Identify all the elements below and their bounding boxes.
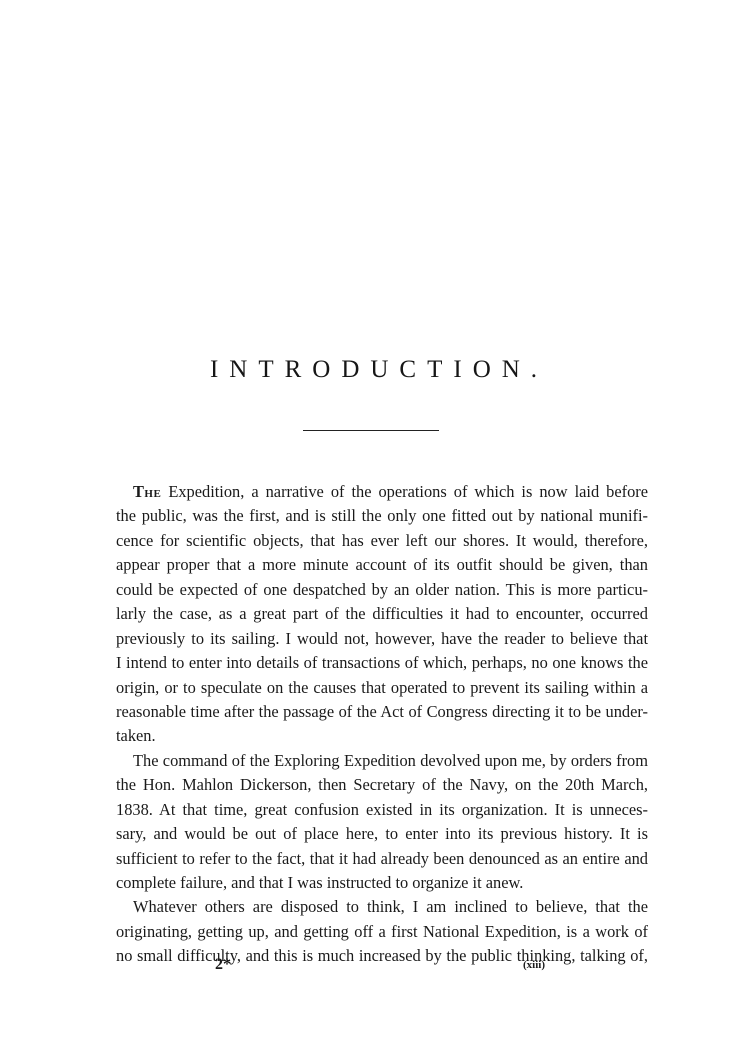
text-line: I intend to enter into details of transa…	[116, 651, 648, 675]
text-line: the Hon. Mahlon Dickerson, then Secretar…	[116, 773, 648, 797]
text-line: complete failure, and that I was instruc…	[116, 871, 648, 895]
text-line: no small difficulty, and this is much in…	[116, 944, 648, 968]
text-line: could be expected of one despatched by a…	[116, 578, 648, 602]
heading-rule-divider	[303, 430, 439, 431]
text-line: larly the case, as a great part of the d…	[116, 602, 648, 626]
signature-mark: 2*	[215, 956, 231, 974]
text-line: The Expedition, a narrative of the opera…	[116, 480, 648, 504]
paragraph-2: The command of the Exploring Expedition …	[116, 749, 648, 896]
text-line: origin, or to speculate on the causes th…	[116, 676, 648, 700]
text-line: appear proper that a more minute account…	[116, 553, 648, 577]
text-line: 1838. At that time, great confusion exis…	[116, 798, 648, 822]
text-line: sary, and would be out of place here, to…	[116, 822, 648, 846]
text-line: sufficient to refer to the fact, that it…	[116, 847, 648, 871]
text-line: reasonable time after the passage of the…	[116, 700, 648, 724]
text-line: originating, getting up, and getting off…	[116, 920, 648, 944]
lead-word-small-caps: The	[133, 482, 161, 501]
body-text: The Expedition, a narrative of the opera…	[116, 480, 648, 969]
page-number: (xiii)	[523, 959, 545, 971]
text-line: the public, was the first, and is still …	[116, 504, 648, 528]
text-line: previously to its sailing. I would not, …	[116, 627, 648, 651]
text-line: cence for scientific objects, that has e…	[116, 529, 648, 553]
paragraph-1: The Expedition, a narrative of the opera…	[116, 480, 648, 749]
page-heading: INTRODUCTION.	[0, 356, 750, 384]
text-line: Whatever others are disposed to think, I…	[116, 895, 648, 919]
text-line: taken.	[116, 724, 648, 748]
text-line: The command of the Exploring Expedition …	[116, 749, 648, 773]
paragraph-3: Whatever others are disposed to think, I…	[116, 895, 648, 968]
